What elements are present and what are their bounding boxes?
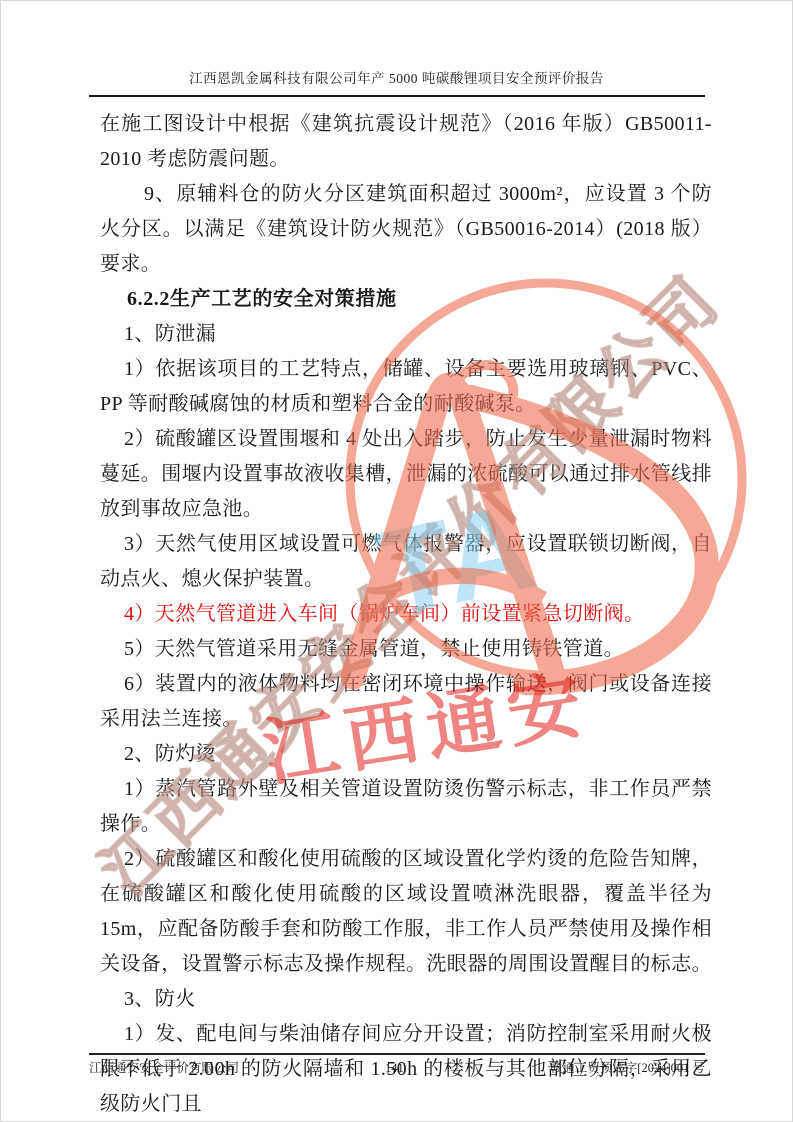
paragraph: 5）天然气管道采用无缝金属管道，禁止使用铸铁管道。 [100,632,712,667]
report-header-title: 江西恩凯金属科技有限公司年产 5000 吨碳酸锂项目安全预评价报告 [1,67,792,87]
paragraph: 4）天然气管道进入车间（锅炉车间）前设置紧急切断阀。 [100,597,712,632]
paragraph: 1）依据该项目的工艺特点，储罐、设备主要选用玻璃钢、PVC、PP 等耐酸碱腐蚀的… [100,352,712,422]
paragraph: 6）装置内的液体物料均在密闭环境中操作输送，阀门或设备连接采用法兰连接。 [100,667,712,737]
paragraph: 2、防灼烫 [100,737,712,772]
footer-document-number: 赣通工贸预评字[2024]001 号 [550,1058,705,1076]
paragraph: 1）蒸汽管路外壁及相关管道设置防烫伤警示标志，非工作员严禁操作。 [100,772,712,842]
footer-company-name: 江西通安安全评价有限公司 [89,1058,239,1076]
paragraph: 3、防火 [100,982,712,1017]
paragraph: 2）硫酸罐区和酸化使用硫酸的区域设置化学灼烫的危险告知牌，在硫酸罐区和酸化使用硫… [100,842,712,982]
header-rule [89,95,705,97]
footer-row: 江西通安安全评价有限公司 141 赣通工贸预评字[2024]001 号 [89,1058,705,1076]
paragraph: 3）天然气使用区域设置可燃气体报警器，应设置联锁切断阀，自动点火、熄火保护装置。 [100,527,712,597]
paragraph: 在施工图设计中根据《建筑抗震设计规范》（2016 年版）GB50011-2010… [100,107,712,177]
section-heading: 6.2.2生产工艺的安全对策措施 [100,282,712,317]
paragraph: 2）硫酸罐区设置围堰和 4 处出入踏步，防止发生少量泄漏时物料蔓延。围堰内设置事… [100,422,712,527]
paragraph: 9、原辅料仓的防火分区建筑面积超过 3000m²，应设置 3 个防火分区。以满足… [100,177,712,282]
document-page: 江西通安安全评价有限公司 TA 江西通安 江西恩凯金属科技有限公司年产 5000… [0,0,793,1122]
page-number: 141 [239,1061,550,1076]
document-body: 在施工图设计中根据《建筑抗震设计规范》（2016 年版）GB50011-2010… [100,107,712,1122]
paragraph: 1、防泄漏 [100,317,712,352]
